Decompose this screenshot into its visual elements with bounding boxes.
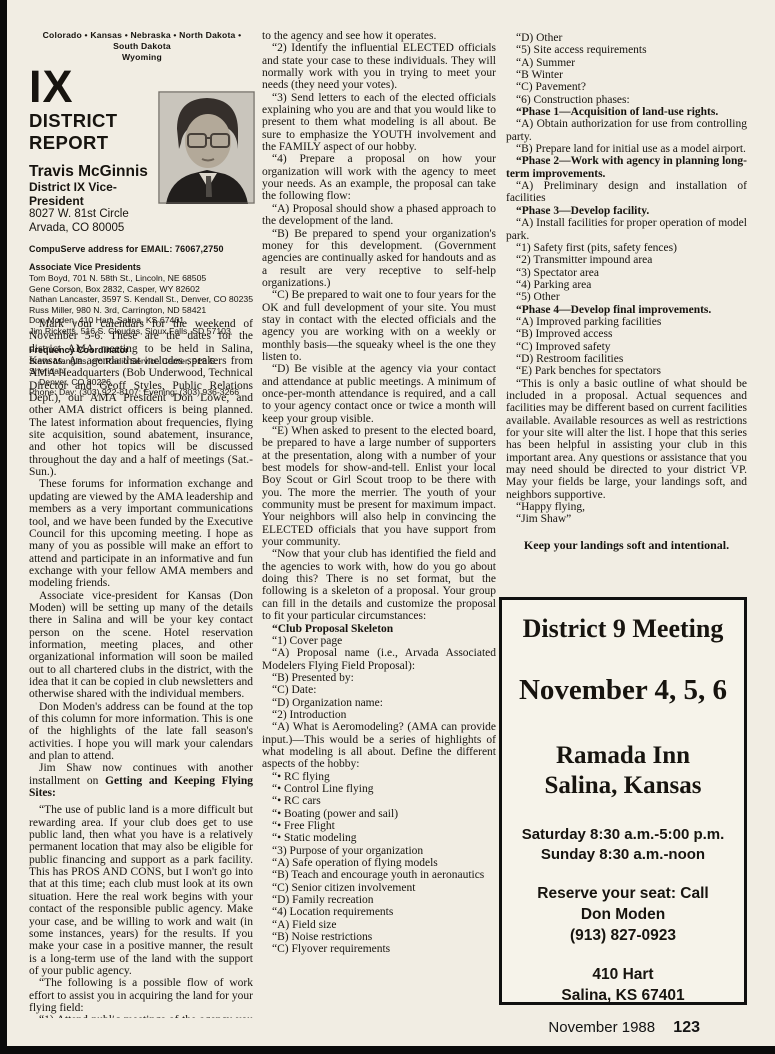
paragraph: “E) When asked to present to the elected… [262,425,496,548]
paragraph: “A) Improved parking facilities [506,316,747,328]
body-text: “• Boating (power and sail) [272,808,398,820]
paragraph: “B Winter [506,69,747,81]
district9-meeting-ad: District 9 Meeting November 4, 5, 6 Rama… [499,597,747,1005]
body-text: to the agency and see how it operates. [262,30,436,42]
paragraph: “• Static modeling [262,832,496,844]
body-text: “A) Safe operation of flying models [272,857,438,869]
body-text: These forums for information exchange an… [29,478,253,589]
paragraph: “Happy flying, [506,501,747,513]
body-text: “Now that your club has identified the f… [262,548,496,622]
ad-title: District 9 Meeting [502,614,744,644]
paragraph: to the agency and see how it operates. [262,30,496,42]
body-text: “This is only a basic outline of what sh… [506,378,747,501]
paragraph: “Now that your club has identified the f… [262,548,496,622]
ad-venue: Ramada Inn Salina, Kansas [502,741,744,801]
body-text: “C) Date: [272,684,316,696]
body-text: “Jim Shaw” [516,513,571,525]
paragraph: “C) Improved safety [506,341,747,353]
paragraph: “C) Pavement? [506,81,747,93]
paragraph: “• Control Line flying [262,783,496,795]
header-text-block: IX DISTRICT REPORT Travis McGinnis Distr… [29,67,157,235]
officer-name: Travis McGinnis [29,163,157,180]
scan-edge-bottom [0,1046,775,1054]
body-text: “• Free Flight [272,820,335,832]
body-text: Keep your landings soft and intentional. [524,538,729,552]
ad-reservation: Reserve your seat: Call Don Moden (913) … [502,883,744,946]
body-text: “2) Identify the influential ELECTED off… [262,42,496,91]
paragraph: “C) Flyover requirements [262,943,496,955]
body-text: “C) Senior citizen involvement [272,882,415,894]
body-text: Don Moden's address can be found at the … [29,701,253,762]
body-text: “C) Pavement? [516,81,586,93]
avp-heading: Associate Vice Presidents [29,262,255,273]
body-text: “3) Spectator area [516,267,599,279]
paragraph: “C) Date: [262,684,496,696]
paragraph: “The following is a possible flow of wor… [29,977,253,1014]
avp-entry: Gene Corson, Box 2832, Casper, WY 82602 [29,284,255,295]
body-text: “C) Improved safety [516,341,611,353]
body-text: “The following is a possible flow of wor… [29,977,253,1014]
paragraph: “B) Teach and encourage youth in aeronau… [262,869,496,881]
paragraph: “Phase 2—Work with agency in planning lo… [506,155,747,180]
page-number: 123 [673,1019,700,1036]
body-text: “1) Safety first (pits, safety fences) [516,242,677,254]
paragraph: “4) Location requirements [262,906,496,918]
body-text: “1) Attend public meetings of the agency… [29,1014,253,1018]
body-text: “A) Proposal should show a phased approa… [262,203,496,227]
report-title: DISTRICT REPORT [29,110,157,154]
left-column-text: Mark your calendars for the weekend of N… [29,318,253,1018]
portrait-illustration [158,91,255,204]
body-text: “1) Cover page [272,635,342,647]
portrait-photo [158,91,255,204]
paragraph: “C) Be prepared to wait one to four year… [262,289,496,363]
states-line-1: Colorado • Kansas • Nebraska • North Dak… [29,30,255,52]
body-text: “E) When asked to present to the elected… [262,425,496,548]
avp-entry: Russ Miller, 980 N. 3rd, Carrington, ND … [29,305,255,316]
body-text: “5) Other [516,291,560,303]
paragraph: “4) Parking area [506,279,747,291]
body-text: “2) Introduction [272,709,346,721]
paragraph: “D) Restroom facilities [506,353,747,365]
body-text: “C) Be prepared to wait one to four year… [262,289,496,363]
paragraph: “A) What is Aeromodeling? (AMA can provi… [262,721,496,770]
magazine-page: Colorado • Kansas • Nebraska • North Dak… [0,0,775,1054]
paragraph: “A) Proposal name (i.e., Arvada Associat… [262,647,496,672]
paragraph: “This is only a basic outline of what sh… [506,378,747,501]
issue-date: November 1988 [548,1019,655,1036]
paragraph: “Jim Shaw” [506,513,747,525]
ad-address-line2: Salina, KS 67401 [502,985,744,1005]
paragraph: “D) Other [506,32,747,44]
ad-venue-line2: Salina, Kansas [502,771,744,801]
paragraph: “The use of public land is a more diffic… [29,804,253,977]
body-text: “A) Preliminary design and installation … [506,180,747,204]
right-column-text: “D) Other“5) Site access requirements“A)… [506,32,747,594]
district-number: IX [29,67,157,107]
body-text: “A) Obtain authorization for use from co… [506,118,747,142]
body-text: “The use of public land is a more diffic… [29,804,253,976]
ad-venue-line1: Ramada Inn [502,741,744,771]
body-text: “3) Purpose of your organization [272,845,423,857]
body-text: “• Static modeling [272,832,357,844]
body-text: “A) Install facilities for proper operat… [506,217,747,241]
paragraph: “4) Prepare a proposal on how your organ… [262,153,496,202]
paragraph: “A) Preliminary design and installation … [506,180,747,205]
ad-date: November 4, 5, 6 [502,674,744,707]
header-row: IX DISTRICT REPORT Travis McGinnis Distr… [29,67,255,235]
paragraph: “E) Park benches for spectators [506,365,747,377]
bold-text: “Phase 2—Work with agency in planning lo… [506,155,747,179]
bold-text: “Phase 3—Develop facility. [516,205,649,217]
paragraph: “5) Site access requirements [506,44,747,56]
paragraph: “1) Cover page [262,635,496,647]
body-text: Associate vice-president for Kansas (Don… [29,590,253,701]
paragraph: “2) Identify the influential ELECTED off… [262,42,496,91]
body-text: “B) Presented by: [272,672,354,684]
body-text: “D) Organization name: [272,697,383,709]
paragraph: Mark your calendars for the weekend of N… [29,318,253,478]
body-text: “5) Site access requirements [516,44,647,56]
paragraph: These forums for information exchange an… [29,478,253,589]
body-text: “B) Teach and encourage youth in aeronau… [272,869,484,881]
paragraph: “C) Senior citizen involvement [262,882,496,894]
ad-address-line1: 410 Hart [502,964,744,985]
body-text: “D) Other [516,32,562,44]
avp-entry: Nathan Lancaster, 3597 S. Kendall St., D… [29,294,255,305]
paragraph: “D) Family recreation [262,894,496,906]
paragraph: “A) Summer [506,57,747,69]
body-text: “• Control Line flying [272,783,373,795]
paragraph: “6) Construction phases: [506,94,747,106]
paragraph: “D) Be visible at the agency via your co… [262,363,496,425]
officer-address-line2: Arvada, CO 80005 [29,222,157,236]
officer-title: District IX Vice-President [29,180,157,208]
body-text: “D) Be visible at the agency via your co… [262,363,496,424]
paragraph: “Phase 3—Develop facility. [506,205,747,217]
body-text: “6) Construction phases: [516,94,630,106]
page-footer: November 1988 123 [548,1019,700,1037]
scan-edge-left [0,0,7,1054]
body-text: “C) Flyover requirements [272,943,390,955]
paragraph: “3) Purpose of your organization [262,845,496,857]
paragraph: Associate vice-president for Kansas (Don… [29,590,253,701]
states-line: Colorado • Kansas • Nebraska • North Dak… [29,30,255,63]
paragraph: “• Boating (power and sail) [262,808,496,820]
paragraph: “• Free Flight [262,820,496,832]
paragraph: “Club Proposal Skeleton [262,623,496,635]
body-text: “A) Improved parking facilities [516,316,661,328]
paragraph: “• RC flying [262,771,496,783]
paragraph: “A) Safe operation of flying models [262,857,496,869]
paragraph: “Phase 4—Develop final improvements. [506,304,747,316]
body-text: “4) Prepare a proposal on how your organ… [262,153,496,202]
paragraph: “B) Prepare land for initial use as a mo… [506,143,747,155]
paragraph: “A) Obtain authorization for use from co… [506,118,747,143]
paragraph: “A) Proposal should show a phased approa… [262,203,496,228]
paragraph: “B) Improved access [506,328,747,340]
body-text: “D) Restroom facilities [516,353,623,365]
ad-hours-saturday: Saturday 8:30 a.m.-5:00 p.m. [502,825,744,845]
body-text: “D) Family recreation [272,894,374,906]
ad-hours-sunday: Sunday 8:30 a.m.-noon [502,845,744,865]
body-text: “B) Noise restrictions [272,931,372,943]
paragraph: “5) Other [506,291,747,303]
paragraph: “• RC cars [262,795,496,807]
ad-reserve-phone: (913) 827-0923 [502,925,744,946]
paragraph: “B) Noise restrictions [262,931,496,943]
body-text: “4) Parking area [516,279,591,291]
paragraph: “2) Introduction [262,709,496,721]
compuserve-line: CompuServe address for EMAIL: 76067,2750 [29,244,255,254]
ad-address: 410 Hart Salina, KS 67401 [502,964,744,1005]
paragraph: “A) Field size [262,919,496,931]
officer-address-line1: 8027 W. 81st Circle [29,208,157,222]
paragraph: Jim Shaw now continues with another inst… [29,762,253,799]
bold-text: “Club Proposal Skeleton [272,623,393,635]
middle-column-text: to the agency and see how it operates.“2… [262,30,496,1020]
body-text: “E) Park benches for spectators [516,365,661,377]
ad-reserve-line1: Reserve your seat: Call [502,883,744,904]
body-text: “4) Location requirements [272,906,393,918]
body-text: “3) Send letters to each of the elected … [262,92,496,153]
body-text: “B) Improved access [516,328,612,340]
ad-hours: Saturday 8:30 a.m.-5:00 p.m. Sunday 8:30… [502,825,744,865]
body-text: “A) Field size [272,919,337,931]
body-text: Mark your calendars for the weekend of N… [29,318,253,478]
paragraph: “3) Send letters to each of the elected … [262,92,496,154]
paragraph: “A) Install facilities for proper operat… [506,217,747,242]
body-text: “• RC flying [272,771,330,783]
body-text: “B) Prepare land for initial use as a mo… [516,143,746,155]
body-text: “B Winter [516,69,563,81]
paragraph: “D) Organization name: [262,697,496,709]
bold-text: “Phase 1—Acquisition of land-use rights. [516,106,718,118]
paragraph: “1) Attend public meetings of the agency… [29,1014,253,1018]
body-text: “A) Proposal name (i.e., Arvada Associat… [262,647,496,671]
bold-text: “Phase 4—Develop final improvements. [516,304,711,316]
body-text: “Happy flying, [516,501,585,513]
avp-entry: Tom Boyd, 701 N. 58th St., Lincoln, NE 6… [29,273,255,284]
body-text: “A) What is Aeromodeling? (AMA can provi… [262,721,496,770]
paragraph: Don Moden's address can be found at the … [29,701,253,763]
ad-reserve-contact: Don Moden [502,904,744,925]
paragraph: Keep your landings soft and intentional. [506,539,747,551]
body-text: “• RC cars [272,795,321,807]
body-text: “B) Be prepared to spend your organizati… [262,228,496,289]
paragraph: “1) Safety first (pits, safety fences) [506,242,747,254]
paragraph: “2) Transmitter impound area [506,254,747,266]
body-text: “A) Summer [516,57,575,69]
paragraph: “3) Spectator area [506,267,747,279]
paragraph: “B) Be prepared to spend your organizati… [262,228,496,290]
paragraph: “Phase 1—Acquisition of land-use rights. [506,106,747,118]
paragraph: “B) Presented by: [262,672,496,684]
body-text: “2) Transmitter impound area [516,254,652,266]
